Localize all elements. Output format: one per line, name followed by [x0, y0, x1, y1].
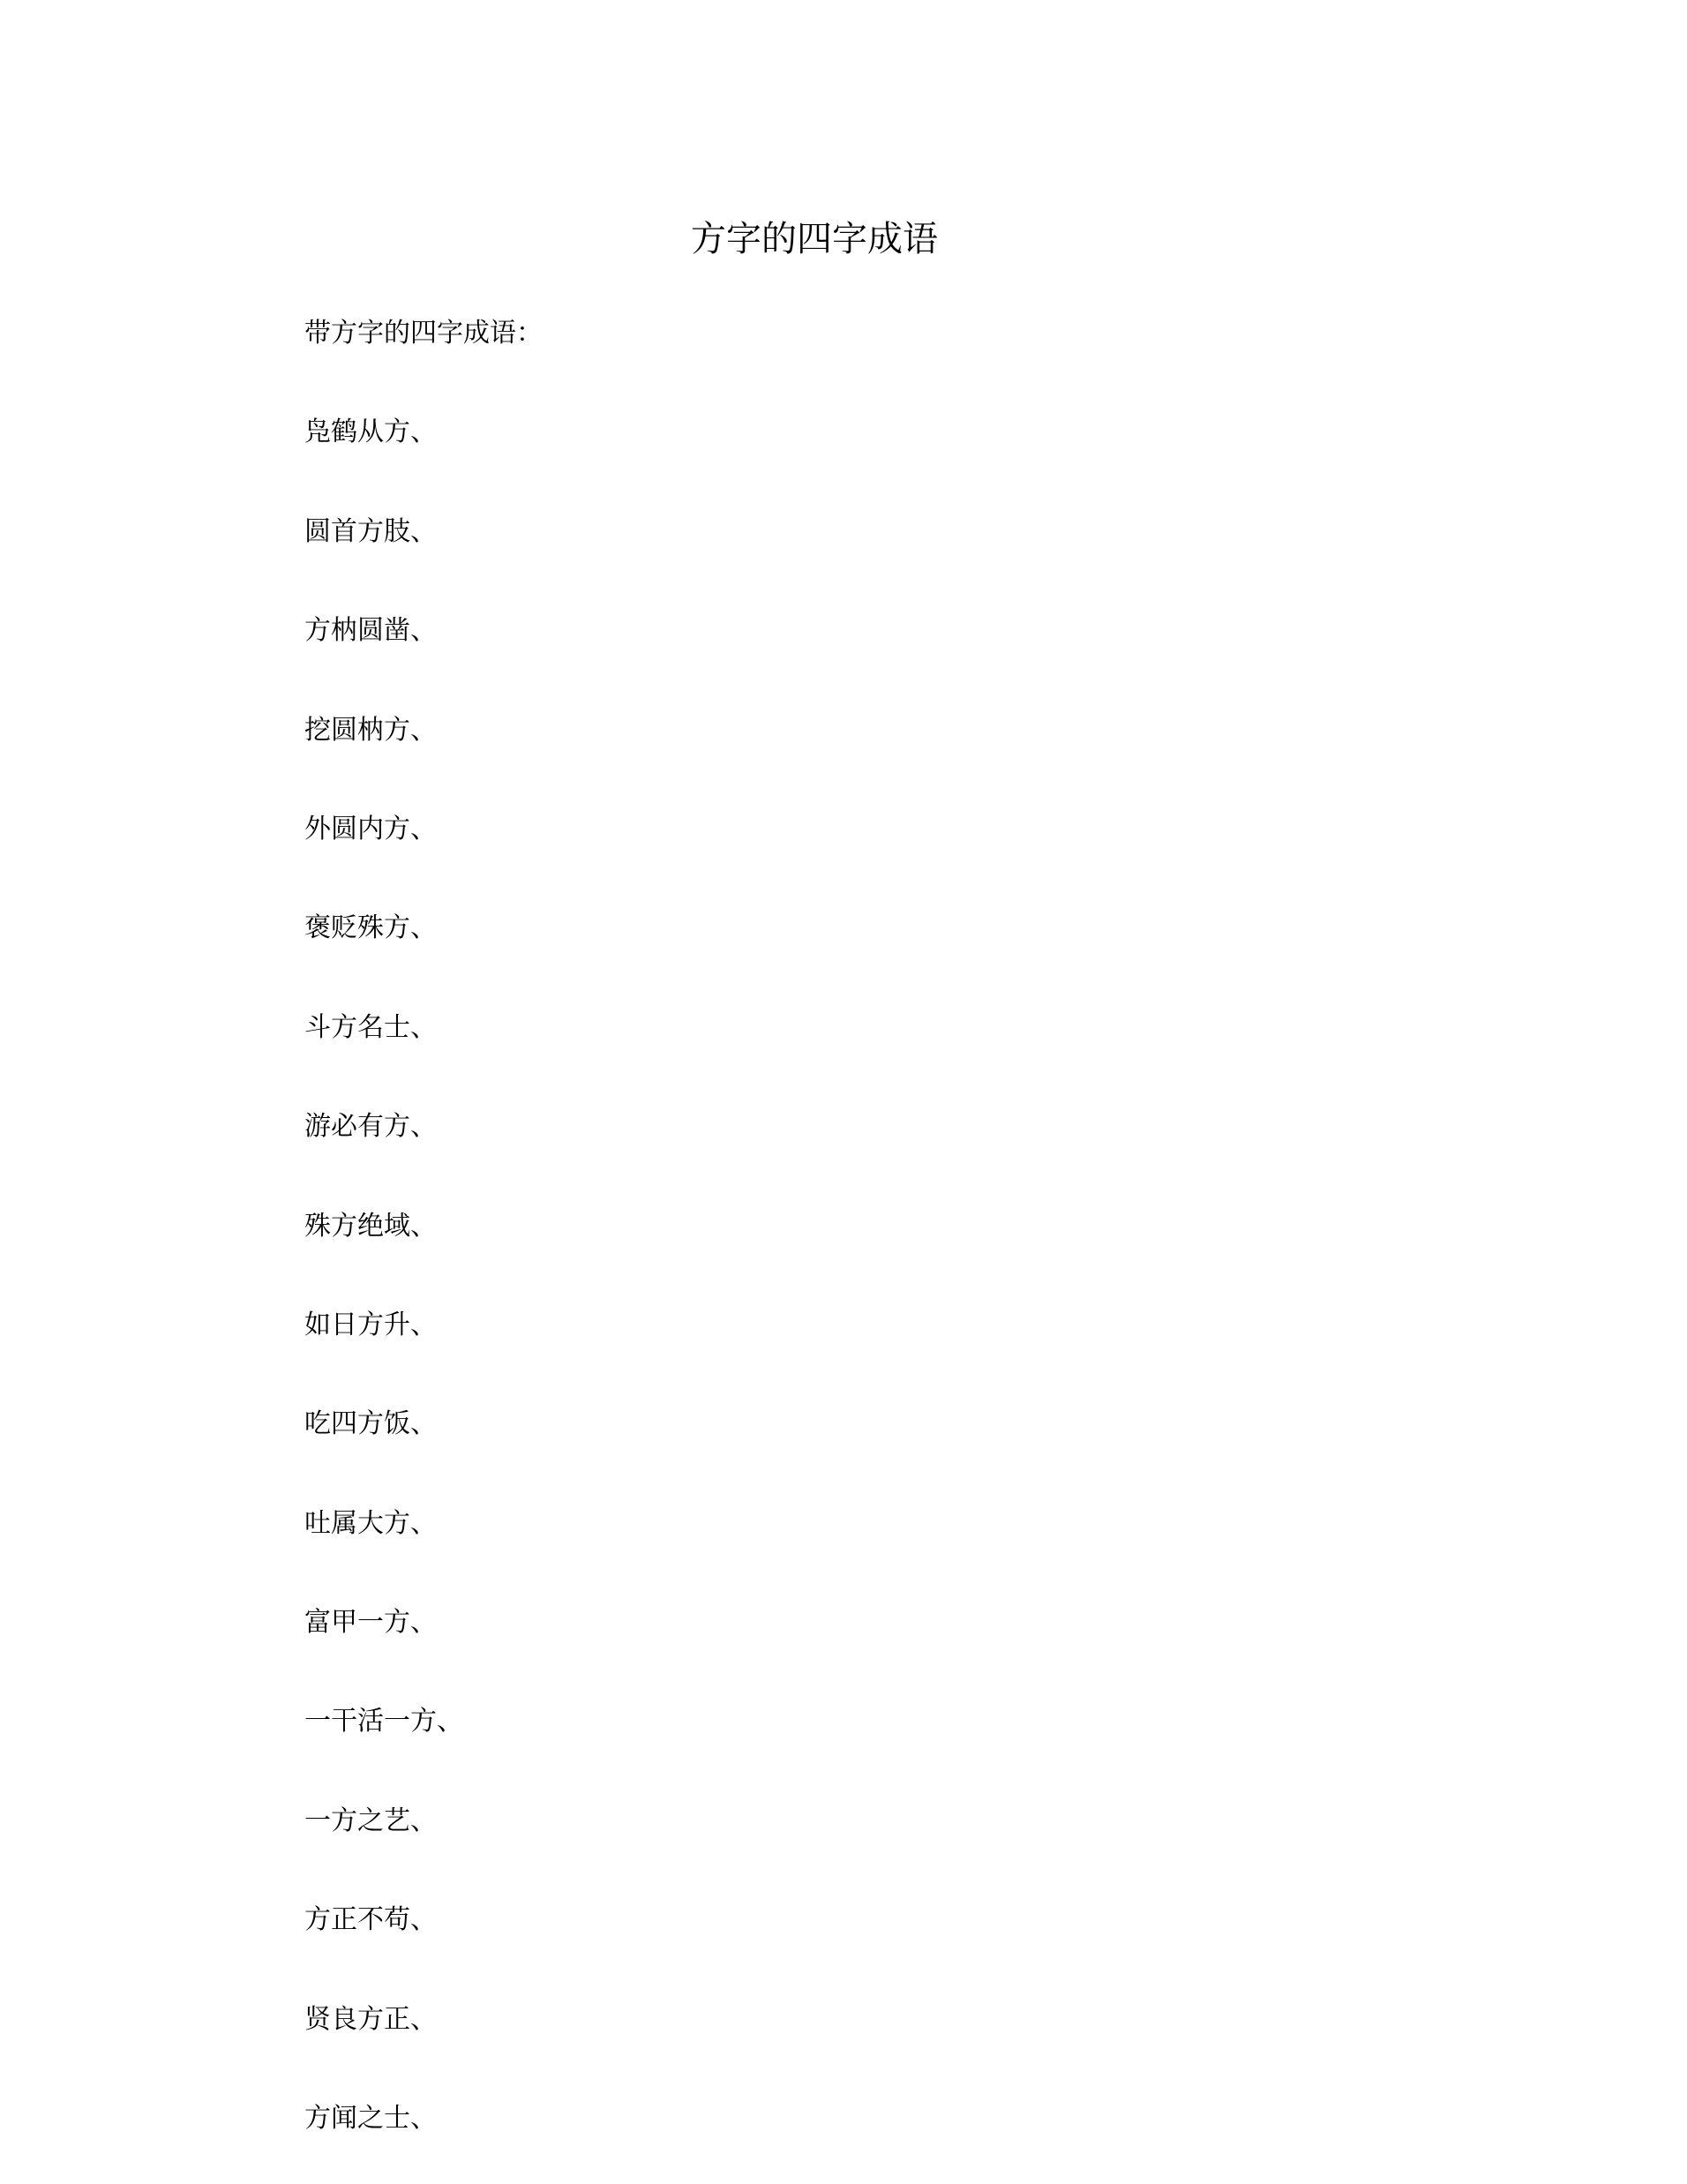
phrase-list: 带方字的四字成语： 凫鹤从方、 圆首方肢、 方枘圆凿、 挖圆枘方、 外圆内方、 … — [304, 284, 1687, 2168]
phrase-line: 外圆内方、 — [304, 780, 1687, 879]
phrase-line: 方枘圆凿、 — [304, 582, 1687, 680]
phrase-line: 吐属大方、 — [304, 1475, 1687, 1573]
phrase-line: 吃四方饭、 — [304, 1375, 1687, 1474]
phrase-line: 方正不苟、 — [304, 1871, 1687, 1970]
phrase-line: 如日方升、 — [304, 1276, 1687, 1375]
document-page: 方字的四字成语 带方字的四字成语： 凫鹤从方、 圆首方肢、 方枘圆凿、 挖圆枘方… — [0, 0, 1687, 2184]
phrase-line: 殊方绝域、 — [304, 1177, 1687, 1276]
phrase-line: 一方之艺、 — [304, 1772, 1687, 1871]
document-title: 方字的四字成语 — [691, 218, 938, 260]
phrase-line: 方闻之士、 — [304, 2069, 1687, 2168]
phrase-line: 斗方名士、 — [304, 979, 1687, 1077]
phrase-line: 富甲一方、 — [304, 1573, 1687, 1672]
phrase-line: 挖圆枘方、 — [304, 681, 1687, 780]
phrase-line: 一干活一方、 — [304, 1672, 1687, 1771]
phrase-line: 游必有方、 — [304, 1077, 1687, 1176]
intro-line: 带方字的四字成语： — [304, 284, 1687, 383]
phrase-line: 贤良方正、 — [304, 1970, 1687, 2069]
phrase-line: 褒贬殊方、 — [304, 879, 1687, 978]
phrase-line: 凫鹤从方、 — [304, 383, 1687, 482]
phrase-line: 圆首方肢、 — [304, 483, 1687, 582]
